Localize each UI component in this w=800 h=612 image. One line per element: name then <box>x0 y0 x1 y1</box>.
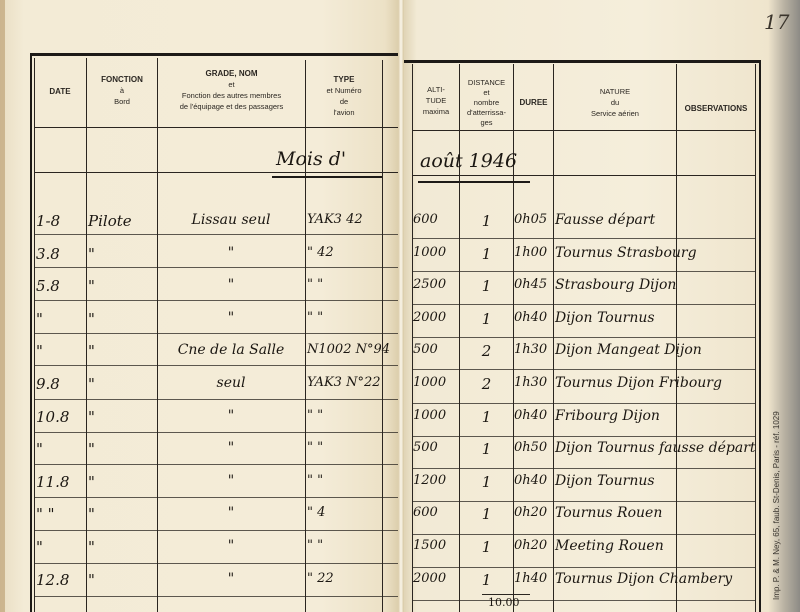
row-cell-fonction: " <box>88 277 95 295</box>
row-cell-grade-nom: " <box>158 245 304 261</box>
row-cell-grade-nom: " <box>158 408 304 424</box>
row-cell-fonction: " <box>88 538 95 556</box>
header-duree: DUREE <box>514 97 553 108</box>
row-cell-type: " " <box>307 310 323 325</box>
row-cell-date: " <box>36 440 43 458</box>
row-cell-altitude: 2000 <box>413 571 446 586</box>
row-cell-fonction: " <box>88 505 95 523</box>
row-cell-nature: Meeting Rouen <box>555 538 664 554</box>
row-cell-atterrissages: 1 <box>460 538 513 556</box>
row-line <box>34 267 398 268</box>
row-line <box>34 563 398 564</box>
row-cell-date: 12.8 <box>36 571 69 589</box>
header-nature: NATUREduService aérien <box>554 86 676 119</box>
row-line <box>412 369 755 370</box>
row-cell-nature: Dijon Tournus <box>555 310 655 326</box>
row-cell-date: 11.8 <box>36 473 69 491</box>
total-duree: 10.00 <box>488 596 520 609</box>
row-cell-grade-nom: Lissau seul <box>158 212 304 228</box>
row-cell-atterrissages: 1 <box>460 571 513 589</box>
row-cell-duree: 1h00 <box>514 245 547 260</box>
row-cell-duree: 1h30 <box>514 375 547 390</box>
row-cell-nature: Fausse départ <box>555 212 655 228</box>
row-cell-duree: 1h30 <box>514 342 547 357</box>
row-cell-duree: 0h40 <box>514 310 547 325</box>
row-cell-grade-nom: " <box>158 538 304 554</box>
row-cell-grade-nom: " <box>158 310 304 326</box>
row-line <box>34 172 398 173</box>
row-cell-duree: 0h05 <box>514 212 547 227</box>
table-top-border-left <box>30 53 398 56</box>
header-type: TYPEet Numérodel'avion <box>306 74 382 118</box>
book-gutter <box>398 0 404 612</box>
row-line <box>412 175 755 176</box>
table-inner-left-border <box>34 58 35 612</box>
col-divider <box>676 64 677 612</box>
row-cell-altitude: 1200 <box>413 473 446 488</box>
row-cell-altitude: 2000 <box>413 310 446 325</box>
row-cell-date: " " <box>36 505 55 523</box>
header-date: DATE <box>35 86 85 97</box>
row-cell-duree: 0h20 <box>514 538 547 553</box>
row-cell-nature: Dijon Mangeat Dijon <box>555 342 702 358</box>
row-cell-nature: Fribourg Dijon <box>555 408 660 424</box>
row-cell-altitude: 1500 <box>413 538 446 553</box>
header-bottom-line <box>412 130 755 131</box>
row-cell-date: " <box>36 538 43 556</box>
table-left-border <box>30 53 32 612</box>
row-line <box>34 365 398 366</box>
row-cell-nature: Strasbourg Dijon <box>555 277 676 293</box>
row-cell-type: " " <box>307 408 323 423</box>
row-cell-fonction: " <box>88 342 95 360</box>
table-top-border-right <box>404 60 760 63</box>
row-cell-nature: Dijon Tournus <box>555 473 655 489</box>
row-line <box>412 468 755 469</box>
row-cell-altitude: 1000 <box>413 408 446 423</box>
row-cell-date: " <box>36 310 43 328</box>
table-inner-right-border <box>755 64 756 612</box>
row-line <box>34 497 398 498</box>
header-grade-nom: GRADE, NOMetFonction des autres membresd… <box>158 68 305 112</box>
row-cell-duree: 0h50 <box>514 440 547 455</box>
row-cell-fonction: Pilote <box>88 212 132 230</box>
row-line <box>412 501 755 502</box>
row-cell-date: 3.8 <box>36 245 60 263</box>
row-cell-nature: Tournus Dijon Chambery <box>555 571 732 587</box>
row-cell-grade-nom: Cne de la Salle <box>158 342 304 358</box>
row-cell-atterrissages: 1 <box>460 440 513 458</box>
row-cell-altitude: 500 <box>413 440 438 455</box>
row-line <box>412 567 755 568</box>
row-cell-atterrissages: 2 <box>460 342 513 360</box>
row-line <box>34 333 398 334</box>
row-cell-grade-nom: " <box>158 571 304 587</box>
row-cell-type: YAK3 N°22 <box>307 375 381 390</box>
row-line <box>412 238 755 239</box>
row-cell-fonction: " <box>88 310 95 328</box>
row-line <box>412 403 755 404</box>
row-cell-date: 1-8 <box>36 212 60 230</box>
header-bottom-line <box>34 127 398 128</box>
row-cell-date: " <box>36 342 43 360</box>
header-fonction: FONCTIONàBord <box>87 74 157 107</box>
row-cell-type: " " <box>307 538 323 553</box>
row-cell-atterrissages: 1 <box>460 473 513 491</box>
printer-imprint: Imp. P. & M. Ney, 65, faub. St-Denis, Pa… <box>772 411 781 600</box>
row-cell-type: " " <box>307 473 323 488</box>
row-cell-atterrissages: 1 <box>460 505 513 523</box>
row-cell-fonction: " <box>88 571 95 589</box>
row-line <box>34 300 398 301</box>
col-divider <box>459 64 460 612</box>
row-cell-nature: Tournus Dijon Fribourg <box>555 375 722 391</box>
row-cell-atterrissages: 1 <box>460 277 513 295</box>
row-cell-type: N1002 N°94 <box>307 342 390 357</box>
row-line <box>34 530 398 531</box>
month-title-right: août 1946 <box>420 150 517 172</box>
row-cell-date: 10.8 <box>36 408 69 426</box>
row-cell-type: " " <box>307 440 323 455</box>
row-cell-altitude: 1000 <box>413 245 446 260</box>
table-right-border <box>759 60 761 612</box>
title-underline <box>272 176 382 178</box>
row-cell-grade-nom: seul <box>158 375 304 391</box>
row-line <box>412 600 755 601</box>
row-cell-altitude: 500 <box>413 342 438 357</box>
row-cell-type: YAK3 42 <box>307 212 363 227</box>
row-cell-fonction: " <box>88 473 95 491</box>
row-cell-type: " 42 <box>307 245 334 260</box>
row-cell-duree: 1h40 <box>514 571 547 586</box>
row-cell-atterrissages: 1 <box>460 245 513 263</box>
row-cell-nature: Tournus Strasbourg <box>555 245 697 261</box>
row-cell-date: 5.8 <box>36 277 60 295</box>
row-line <box>412 436 755 437</box>
row-line <box>34 596 398 597</box>
header-observations: OBSERVATIONS <box>677 103 755 114</box>
col-divider <box>412 64 413 612</box>
row-cell-duree: 0h40 <box>514 408 547 423</box>
row-cell-atterrissages: 2 <box>460 375 513 393</box>
row-cell-fonction: " <box>88 408 95 426</box>
page-edge <box>0 0 5 612</box>
title-underline <box>418 181 530 183</box>
row-cell-atterrissages: 1 <box>460 212 513 230</box>
row-cell-grade-nom: " <box>158 277 304 293</box>
row-line <box>412 304 755 305</box>
row-cell-nature: Tournus Rouen <box>555 505 662 521</box>
row-cell-fonction: " <box>88 440 95 458</box>
row-cell-date: 9.8 <box>36 375 60 393</box>
row-cell-type: " 4 <box>307 505 325 520</box>
row-cell-atterrissages: 1 <box>460 408 513 426</box>
row-cell-fonction: " <box>88 245 95 263</box>
row-line <box>34 432 398 433</box>
row-cell-fonction: " <box>88 375 95 393</box>
total-underline <box>482 594 530 595</box>
page-number: 17 <box>764 10 789 34</box>
col-divider <box>553 64 554 612</box>
header-distance: DISTANCEetnombred'atterrissa-ges <box>460 78 513 128</box>
col-divider <box>157 58 158 612</box>
row-line <box>412 534 755 535</box>
row-line <box>412 337 755 338</box>
row-line <box>412 271 755 272</box>
col-divider <box>86 58 87 612</box>
row-cell-atterrissages: 1 <box>460 310 513 328</box>
row-line <box>34 234 398 235</box>
row-cell-altitude: 600 <box>413 505 438 520</box>
col-divider <box>513 64 514 612</box>
row-cell-altitude: 1000 <box>413 375 446 390</box>
row-cell-type: " 22 <box>307 571 334 586</box>
row-cell-grade-nom: " <box>158 473 304 489</box>
row-cell-duree: 0h20 <box>514 505 547 520</box>
row-cell-altitude: 2500 <box>413 277 446 292</box>
row-cell-duree: 0h40 <box>514 473 547 488</box>
row-cell-duree: 0h45 <box>514 277 547 292</box>
row-line <box>34 399 398 400</box>
row-line <box>34 464 398 465</box>
row-cell-nature: Dijon Tournus fausse départ <box>555 440 756 456</box>
month-title-left: Mois d' <box>276 148 346 170</box>
row-cell-altitude: 600 <box>413 212 438 227</box>
row-cell-grade-nom: " <box>158 505 304 521</box>
row-cell-grade-nom: " <box>158 440 304 456</box>
row-cell-type: " " <box>307 277 323 292</box>
header-altitude: ALTI-TUDEmaxima <box>413 84 459 117</box>
